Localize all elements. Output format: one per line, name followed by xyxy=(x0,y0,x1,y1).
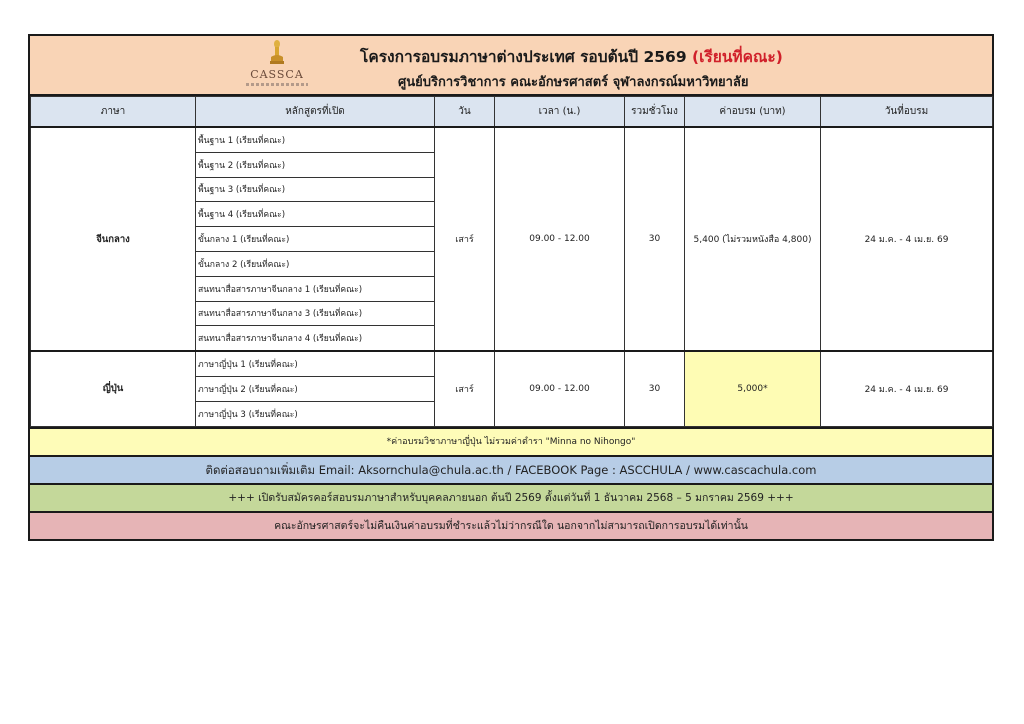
title-main: โครงการอบรมภาษาต่างประเทศ รอบต้นปี 2569 xyxy=(360,48,687,66)
col-header-time: เวลา (น.) xyxy=(495,97,625,128)
time-cell: 09.00 - 12.00 xyxy=(495,127,625,351)
day-cell: เสาร์ xyxy=(435,127,495,351)
contact-info: ติดต่อสอบถามเพิ่มเติม Email: Aksornchula… xyxy=(30,455,992,483)
table-header-row: ภาษา หลักสูตรที่เปิด วัน เวลา (น.) รวมชั… xyxy=(31,97,993,128)
course-cell: พื้นฐาน 3 (เรียนที่คณะ) xyxy=(196,177,435,202)
table-row: ญี่ปุ่น ภาษาญี่ปุ่น 1 (เรียนที่คณะ) เสาร… xyxy=(31,351,993,376)
dates-cell: 24 ม.ค. - 4 เม.ย. 69 xyxy=(821,127,993,351)
course-cell: พื้นฐาน 4 (เรียนที่คณะ) xyxy=(196,202,435,227)
language-cell: จีนกลาง xyxy=(31,127,196,351)
time-cell: 09.00 - 12.00 xyxy=(495,351,625,426)
page-subtitle: ศูนย์บริการวิชาการ คณะอักษรศาสตร์ จุฬาลง… xyxy=(398,71,749,92)
col-header-day: วัน xyxy=(435,97,495,128)
refund-policy: คณะอักษรศาสตร์จะไม่คืนเงินค่าอบรมที่ชำระ… xyxy=(30,511,992,539)
title-band: CASSCA โครงการอบรมภาษาต่างประเทศ รอบต้นป… xyxy=(30,36,992,96)
col-header-fee: ค่าอบรม (บาท) xyxy=(685,97,821,128)
fee-cell-highlighted: 5,000* xyxy=(685,351,821,426)
casca-logo: CASSCA xyxy=(246,39,308,91)
hours-cell: 30 xyxy=(625,351,685,426)
course-schedule-sheet: CASSCA โครงการอบรมภาษาต่างประเทศ รอบต้นป… xyxy=(28,34,994,541)
course-cell: ภาษาญี่ปุ่น 2 (เรียนที่คณะ) xyxy=(196,376,435,401)
casca-tagline xyxy=(246,83,308,86)
col-header-dates: วันที่อบรม xyxy=(821,97,993,128)
course-cell: สนทนาสื่อสารภาษาจีนกลาง 3 (เรียนที่คณะ) xyxy=(196,301,435,326)
day-cell: เสาร์ xyxy=(435,351,495,426)
japanese-textbook-note: *ค่าอบรมวิชาภาษาญี่ปุ่น ไม่รวมค่าตำรา "M… xyxy=(30,427,992,455)
language-cell: ญี่ปุ่น xyxy=(31,351,196,426)
table-row: จีนกลาง พื้นฐาน 1 (เรียนที่คณะ) เสาร์ 09… xyxy=(31,127,993,152)
course-cell: พื้นฐาน 2 (เรียนที่คณะ) xyxy=(196,152,435,177)
course-cell: ภาษาญี่ปุ่น 1 (เรียนที่คณะ) xyxy=(196,351,435,376)
hours-cell: 30 xyxy=(625,127,685,351)
course-table: ภาษา หลักสูตรที่เปิด วัน เวลา (น.) รวมชั… xyxy=(30,96,993,427)
fee-cell: 5,400 (ไม่รวมหนังสือ 4,800) xyxy=(685,127,821,351)
title-accent: (เรียนที่คณะ) xyxy=(692,48,783,66)
course-cell: ภาษาญี่ปุ่น 3 (เรียนที่คณะ) xyxy=(196,401,435,426)
course-cell: ขั้นกลาง 2 (เรียนที่คณะ) xyxy=(196,251,435,276)
registration-period: +++ เปิดรับสมัครคอร์สอบรมภาษาสำหรับบุคคล… xyxy=(30,483,992,511)
royal-emblem-icon xyxy=(270,39,284,65)
casca-wordmark: CASSCA xyxy=(246,68,308,81)
col-header-hours: รวมชั่วโมง xyxy=(625,97,685,128)
course-cell: ขั้นกลาง 1 (เรียนที่คณะ) xyxy=(196,227,435,252)
course-cell: พื้นฐาน 1 (เรียนที่คณะ) xyxy=(196,127,435,152)
course-cell: สนทนาสื่อสารภาษาจีนกลาง 4 (เรียนที่คณะ) xyxy=(196,326,435,351)
col-header-course: หลักสูตรที่เปิด xyxy=(196,97,435,128)
dates-cell: 24 ม.ค. - 4 เม.ย. 69 xyxy=(821,351,993,426)
col-header-language: ภาษา xyxy=(31,97,196,128)
course-cell: สนทนาสื่อสารภาษาจีนกลาง 1 (เรียนที่คณะ) xyxy=(196,276,435,301)
page-title: โครงการอบรมภาษาต่างประเทศ รอบต้นปี 2569 … xyxy=(360,44,783,69)
